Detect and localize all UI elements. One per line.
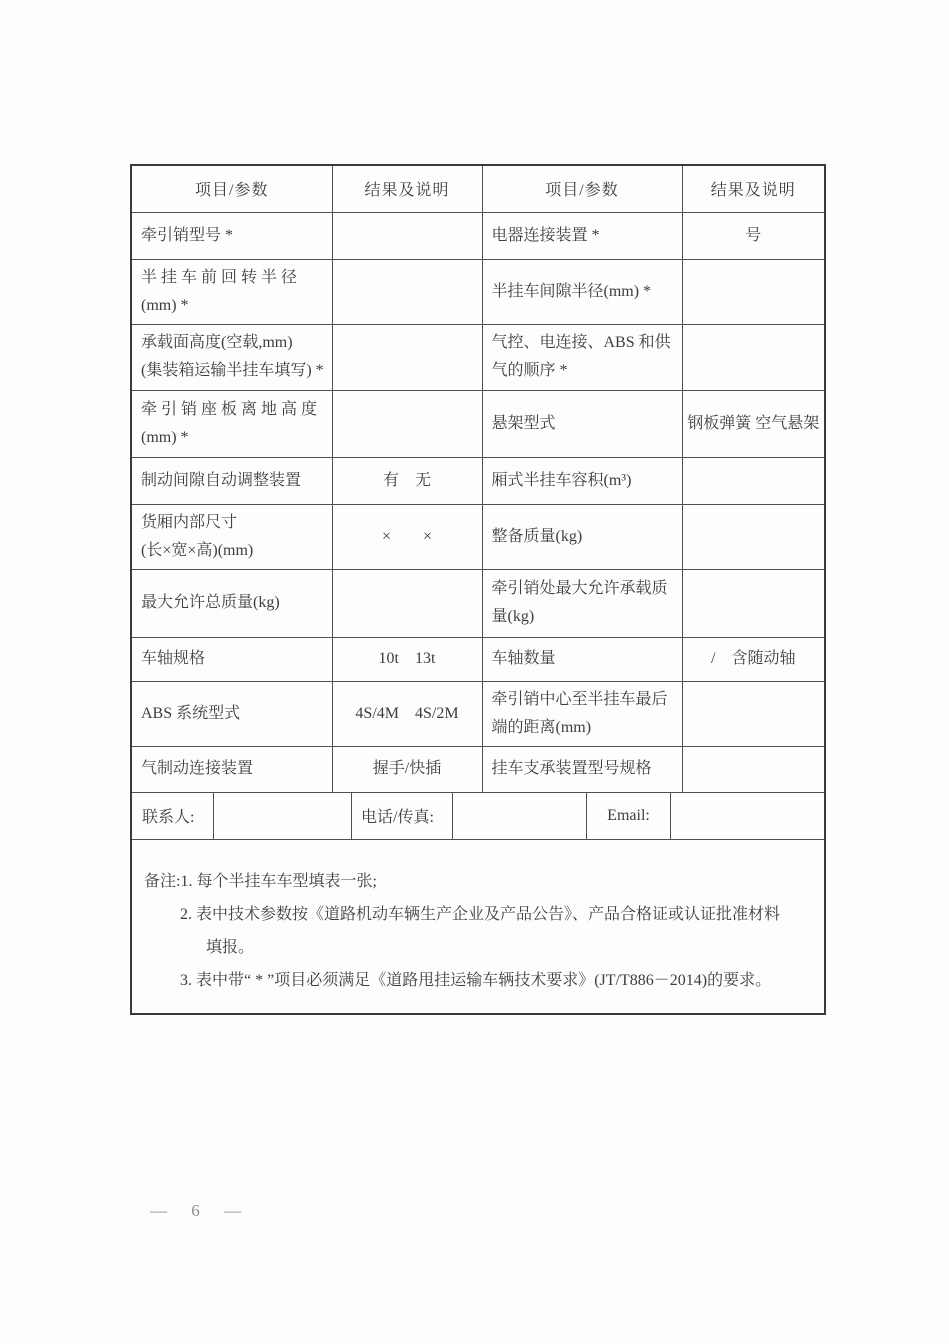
clearance-radius-label: 半挂车间隙半径(mm) * <box>482 259 682 324</box>
air-brake-connector-value: 握手/快插 <box>332 746 482 792</box>
brake-auto-adjuster-value: 有 无 <box>332 457 482 504</box>
email-label: Email: <box>587 793 671 839</box>
support-device-model-label: 挂车支承装置型号规格 <box>482 746 682 792</box>
front-swing-radius-label: 半 挂 车 前 回 转 半 径 (mm) * <box>132 259 332 324</box>
max-total-mass-value <box>332 569 482 637</box>
remarks-section: 备注:1. 每个半挂车车型填表一张; 2. 表中技术参数按《道路机动车辆生产企业… <box>132 840 824 1013</box>
remark-line: 填报。 <box>144 931 812 964</box>
table-row: 牵 引 销 座 板 离 地 高 度 (mm) * 悬架型式 钢板弹簧 空气悬架 <box>132 390 824 457</box>
kingpin-model-label: 牵引销型号 * <box>132 212 332 259</box>
kingpin-plate-height-value <box>332 390 482 457</box>
suspension-type-value: 钢板弹簧 空气悬架 <box>682 390 824 457</box>
support-device-model-value <box>682 746 824 792</box>
kingpin-to-rear-distance-value <box>682 681 824 746</box>
table-header-row: 项目/参数 结果及说明 项目/参数 结果及说明 <box>132 166 824 212</box>
page-number: — 6 — <box>150 1201 251 1221</box>
electrical-connector-value: 号 <box>682 212 824 259</box>
table-row: 货厢内部尺寸 (长×宽×高)(mm) × × 整备质量(kg) <box>132 504 824 569</box>
axle-count-value: / 含随动轴 <box>682 637 824 681</box>
kingpin-to-rear-distance-label: 牵引销中心至半挂车最后 端的距离(mm) <box>482 681 682 746</box>
kingpin-model-value <box>332 212 482 259</box>
contact-person-label: 联系人: <box>132 793 214 839</box>
remark-line: 3. 表中带“ * ”项目必须满足《道路甩挂运输车辆技术要求》(JT/T886－… <box>144 964 812 997</box>
kingpin-plate-height-label: 牵 引 销 座 板 离 地 高 度 (mm) * <box>132 390 332 457</box>
contact-person-value <box>214 793 352 839</box>
table-row: 制动间隙自动调整装置 有 无 厢式半挂车容积(m³) <box>132 457 824 504</box>
header-result-1: 结果及说明 <box>332 166 482 212</box>
header-item-param-2: 项目/参数 <box>482 166 682 212</box>
kingpin-max-load-label: 牵引销处最大允许承载质 量(kg) <box>482 569 682 637</box>
scanned-document-page: 项目/参数 结果及说明 项目/参数 结果及说明 牵引销型号 * 电器连接装置 *… <box>0 0 949 1344</box>
axle-spec-value: 10t 13t <box>332 637 482 681</box>
axle-spec-label: 车轴规格 <box>132 637 332 681</box>
suspension-type-label: 悬架型式 <box>482 390 682 457</box>
table-row: 牵引销型号 * 电器连接装置 * 号 <box>132 212 824 259</box>
clearance-radius-value <box>682 259 824 324</box>
phone-fax-value <box>453 793 587 839</box>
cargo-inner-dimensions-value: × × <box>332 504 482 569</box>
load-surface-height-value <box>332 324 482 390</box>
connection-order-label: 气控、电连接、ABS 和供 气的顺序 * <box>482 324 682 390</box>
brake-auto-adjuster-label: 制动间隙自动调整装置 <box>132 457 332 504</box>
table-row: 车轴规格 10t 13t 车轴数量 / 含随动轴 <box>132 637 824 681</box>
curb-mass-label: 整备质量(kg) <box>482 504 682 569</box>
table-row: 承载面高度(空载,mm) (集装箱运输半挂车填写) * 气控、电连接、ABS 和… <box>132 324 824 390</box>
van-volume-label: 厢式半挂车容积(m³) <box>482 457 682 504</box>
kingpin-max-load-value <box>682 569 824 637</box>
abs-system-type-value: 4S/4M 4S/2M <box>332 681 482 746</box>
connection-order-value <box>682 324 824 390</box>
remark-line: 2. 表中技术参数按《道路机动车辆生产企业及产品公告》、产品合格证或认证批准材料 <box>144 898 812 931</box>
trailer-parameter-table: 项目/参数 结果及说明 项目/参数 结果及说明 牵引销型号 * 电器连接装置 *… <box>132 166 824 793</box>
header-item-param-1: 项目/参数 <box>132 166 332 212</box>
van-volume-value <box>682 457 824 504</box>
parameter-form-sheet: 项目/参数 结果及说明 项目/参数 结果及说明 牵引销型号 * 电器连接装置 *… <box>130 164 826 1015</box>
email-value <box>671 793 824 839</box>
table-row: 最大允许总质量(kg) 牵引销处最大允许承载质 量(kg) <box>132 569 824 637</box>
axle-count-label: 车轴数量 <box>482 637 682 681</box>
contact-row: 联系人: 电话/传真: Email: <box>132 793 824 840</box>
max-total-mass-label: 最大允许总质量(kg) <box>132 569 332 637</box>
load-surface-height-label: 承载面高度(空载,mm) (集装箱运输半挂车填写) * <box>132 324 332 390</box>
phone-fax-label: 电话/传真: <box>352 793 453 839</box>
cargo-inner-dimensions-label: 货厢内部尺寸 (长×宽×高)(mm) <box>132 504 332 569</box>
remark-line: 备注:1. 每个半挂车车型填表一张; <box>144 865 812 898</box>
air-brake-connector-label: 气制动连接装置 <box>132 746 332 792</box>
front-swing-radius-value <box>332 259 482 324</box>
electrical-connector-label: 电器连接装置 * <box>482 212 682 259</box>
curb-mass-value <box>682 504 824 569</box>
abs-system-type-label: ABS 系统型式 <box>132 681 332 746</box>
table-row: 气制动连接装置 握手/快插 挂车支承装置型号规格 <box>132 746 824 792</box>
table-row: ABS 系统型式 4S/4M 4S/2M 牵引销中心至半挂车最后 端的距离(mm… <box>132 681 824 746</box>
header-result-2: 结果及说明 <box>682 166 824 212</box>
table-row: 半 挂 车 前 回 转 半 径 (mm) * 半挂车间隙半径(mm) * <box>132 259 824 324</box>
